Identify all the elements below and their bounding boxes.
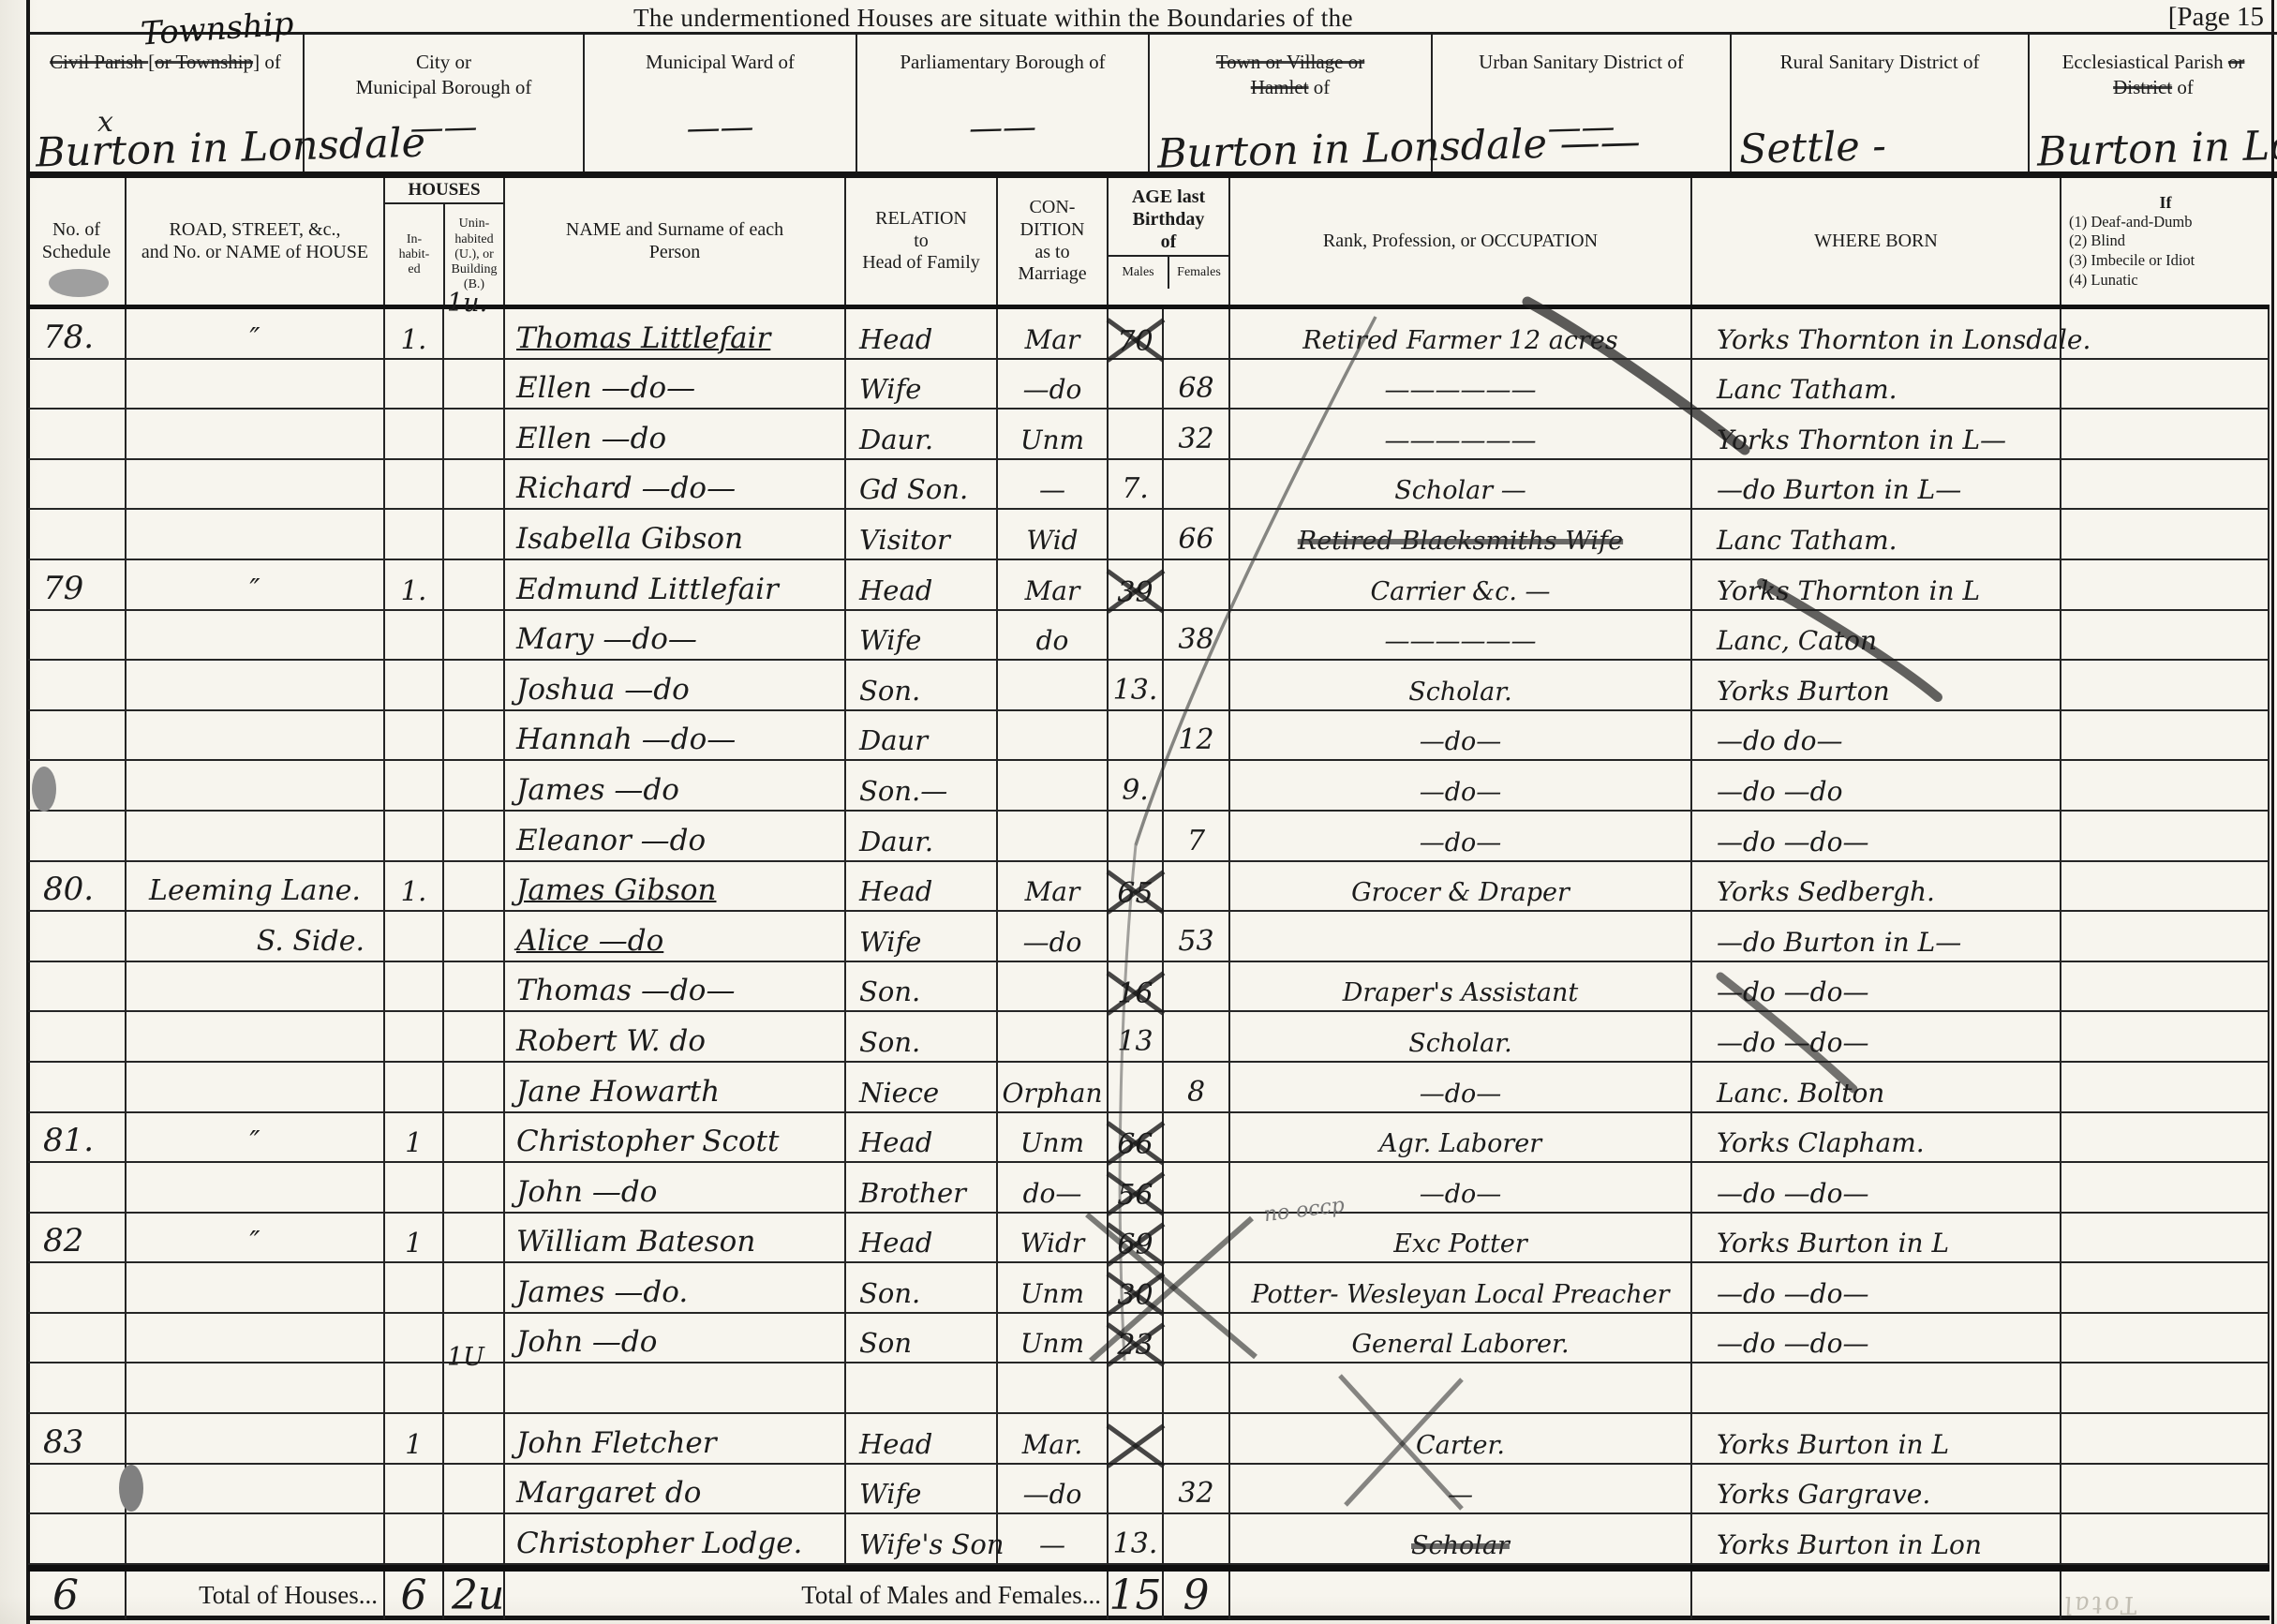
cell-road-text: ″ [249, 1128, 260, 1161]
cell-disabilities [2061, 1263, 2270, 1314]
cell-inhabited: 1. [385, 309, 444, 360]
header-age-label: AGE last Birthday of [1109, 178, 1228, 255]
totals-males-females-label: Total of Males and Females... [505, 1581, 1107, 1610]
cell-age-male: 13 [1109, 1012, 1164, 1063]
header-name: NAME and Surname of each Person [505, 178, 846, 305]
header-road-label: ROAD, STREET, &c., and No. or NAME of HO… [141, 219, 368, 263]
cell-age-female [1164, 1263, 1230, 1314]
cell-age-male-text: 70 [1117, 325, 1153, 363]
cell-schedule [28, 510, 126, 560]
cell-condition: Mar [998, 862, 1109, 913]
page-number: [Page 15 [2168, 2, 2264, 33]
cell-inhabited-text: 1 [405, 1229, 422, 1261]
cell-relation-text: Son. [859, 1029, 920, 1061]
cell-where-born: Lanc. Bolton [1692, 1063, 2061, 1113]
cell-uninhabited [444, 460, 505, 511]
strike-x-mark [1124, 1433, 1147, 1463]
cell-where-born: Yorks Burton [1692, 661, 2061, 711]
cell-relation-text: Son. [859, 1280, 920, 1312]
cell-uninhabited [444, 862, 505, 913]
district-label: Ecclesiastical Parish or District of [2030, 50, 2277, 101]
cell-name-text: Isabella Gibson [516, 525, 743, 559]
cell-schedule: 81. [28, 1113, 126, 1164]
cell-inhabited [385, 661, 444, 711]
cell-occupation: Carter. [1230, 1414, 1692, 1465]
cell-condition-text: Mar [1025, 879, 1080, 910]
cell-where-born-text: Yorks Thornton in L— [1717, 427, 2006, 458]
cell-relation-text: Daur. [859, 828, 933, 860]
cell-occupation-text: Scholar. [1408, 679, 1512, 709]
cell-uninhabited [444, 1263, 505, 1314]
cell-age-female-text: 53 [1178, 928, 1213, 961]
district-label: Civil Parish [or Township] of [28, 50, 303, 75]
cell-disabilities [2061, 560, 2270, 611]
cell-condition-text: Unm [1020, 1331, 1084, 1362]
cell-where-born-text: Lanc Tatham. [1717, 377, 1897, 408]
cell-relation-text: Wife [859, 1481, 921, 1512]
cell-schedule [28, 460, 126, 511]
cell-name: Joshua —do [505, 661, 846, 711]
cell-schedule [28, 962, 126, 1013]
cell-occupation-text: —do— [1420, 780, 1502, 810]
cell-name-text: James —do. [516, 1278, 688, 1312]
header-disabilities-title: If [2063, 193, 2268, 213]
cell-road [126, 1514, 385, 1565]
totals-inhabited-value: 6 [401, 1572, 427, 1619]
cell-road [126, 761, 385, 812]
cell-condition-text: do— [1023, 1181, 1082, 1212]
cell-road [126, 1163, 385, 1214]
cell-disabilities [2061, 1214, 2270, 1264]
totals-uninhabited-cell: 2u [444, 1572, 505, 1619]
cell-disabilities [2061, 812, 2270, 862]
cell-occupation-text: —————— [1385, 428, 1537, 458]
cell-relation: Son. [846, 661, 998, 711]
cell-disabilities [2061, 711, 2270, 762]
cell-condition: do [998, 611, 1109, 662]
cell-inhabited [385, 962, 444, 1013]
cell-relation: Son. [846, 1263, 998, 1314]
cell-name-text: James Gibson [516, 876, 716, 910]
cell-occupation: Grocer & Draper [1230, 862, 1692, 913]
cell-schedule [28, 1263, 126, 1314]
cell-inhabited: 1 [385, 1414, 444, 1465]
cell-schedule [28, 1363, 126, 1414]
cell-occupation: Scholar [1230, 1514, 1692, 1565]
cell-condition-text: Mar. [1022, 1432, 1083, 1463]
cell-where-born: —do —do— [1692, 1012, 2061, 1063]
right-border [2271, 0, 2274, 1624]
cell-condition: Orphan [998, 1063, 1109, 1113]
cell-road-text: ″ [249, 325, 260, 358]
cell-age-male [1109, 912, 1164, 962]
cell-condition [998, 962, 1109, 1013]
cell-age-female [1164, 1163, 1230, 1214]
cell-age-male-text: 16 [1117, 977, 1153, 1015]
cell-relation-text: Son. [859, 978, 920, 1010]
cell-uninhabited [444, 611, 505, 662]
cell-age-male [1109, 611, 1164, 662]
cell-occupation-text: —do— [1420, 1081, 1502, 1111]
cell-schedule-text: 79 [43, 573, 83, 609]
cell-uninhabited [444, 410, 505, 460]
cell-relation: Visitor [846, 510, 998, 560]
cell-condition: do— [998, 1163, 1109, 1214]
cell-condition: —do [998, 912, 1109, 962]
cell-name: William Bateson [505, 1214, 846, 1264]
cell-relation: Son.— [846, 761, 998, 812]
cell-schedule [28, 661, 126, 711]
cell-condition: —do [998, 1465, 1109, 1515]
cell-occupation: Draper's Assistant [1230, 962, 1692, 1013]
cell-where-born-text: —do do— [1717, 728, 1842, 759]
cell-road [126, 410, 385, 460]
cell-age-female [1164, 862, 1230, 913]
cell-name-text: John —do [516, 1178, 657, 1212]
cell-road [126, 962, 385, 1013]
cell-name: Margaret do [505, 1465, 846, 1515]
cell-where-born: Yorks Gargrave. [1692, 1465, 2061, 1515]
cell-condition [998, 812, 1109, 862]
cell-relation: Head [846, 560, 998, 611]
cell-occupation-text: Draper's Assistant [1343, 980, 1579, 1010]
cell-relation-text: Head [859, 878, 932, 910]
cell-condition-text: —do [1023, 930, 1082, 961]
cell-relation-text: Gd Son. [859, 476, 968, 508]
cell-occupation-text: Scholar — [1394, 478, 1525, 508]
cell-age-male-text: 13. [1113, 1530, 1158, 1563]
cell-age-male: 9. [1109, 761, 1164, 812]
cell-where-born [1692, 1363, 2061, 1414]
cell-inhabited [385, 611, 444, 662]
cell-condition: Unm [998, 410, 1109, 460]
header-males-label: Males [1109, 257, 1169, 289]
cell-road [126, 360, 385, 410]
district-band: TownshipCivil Parish [or Township] ofxBu… [28, 32, 2277, 178]
cell-where-born-text: Lanc Tatham. [1717, 528, 1897, 559]
cell-age-male: 30 [1109, 1263, 1164, 1314]
cell-age-male: 16 [1109, 962, 1164, 1013]
totals-uninhabited-value: 2u [444, 1572, 504, 1619]
cell-age-female [1164, 1363, 1230, 1414]
cell-age-female-text: 32 [1178, 1480, 1213, 1512]
cell-name-text: Mary —do— [516, 625, 697, 659]
cell-where-born-text: —do —do [1717, 779, 1842, 810]
cell-age-female [1164, 962, 1230, 1013]
header-condition: CON- DITION as to Marriage [998, 178, 1109, 305]
table-body: 78.″1.1u.Thomas LittlefairHeadMar70Retir… [28, 309, 2270, 1565]
cell-condition [998, 761, 1109, 812]
district-value: —— [585, 105, 856, 151]
cell-road: ″ [126, 560, 385, 611]
cell-name-text: John —do [516, 1328, 657, 1362]
cell-age-female-text: 66 [1178, 526, 1213, 559]
district-label: Municipal Ward of [585, 50, 856, 75]
cell-name: Edmund Littlefair [505, 560, 846, 611]
cell-inhabited [385, 410, 444, 460]
cell-schedule: 83 [28, 1414, 126, 1465]
cell-disabilities [2061, 1063, 2270, 1113]
cell-age-male-text: 39 [1117, 576, 1153, 614]
header-relation-label: RELATION to Head of Family [862, 208, 980, 275]
cell-condition: Mar. [998, 1414, 1109, 1465]
cell-age-male-text: 13 [1117, 1028, 1153, 1061]
cell-age-female: 38 [1164, 611, 1230, 662]
cell-uninhabited [444, 1063, 505, 1113]
cell-age-male: 56 [1109, 1163, 1164, 1214]
cell-age-male [1109, 410, 1164, 460]
cell-uninhabited [444, 1465, 505, 1515]
cell-schedule: 78. [28, 309, 126, 360]
cell-condition-text: Widr [1020, 1230, 1085, 1261]
district-field-4: Town or Village or Hamlet ofBurton in Lo… [1150, 35, 1433, 171]
cell-disabilities [2061, 661, 2270, 711]
cell-age-female-text: 68 [1178, 375, 1213, 408]
cell-occupation: Carrier &c. — [1230, 560, 1692, 611]
cell-where-born-text: —do Burton in L— [1717, 930, 1961, 961]
cell-occupation-text: —————— [1385, 629, 1537, 659]
cell-relation: Brother [846, 1163, 998, 1214]
totals-houses-label-cell: Total of Houses... [126, 1572, 385, 1619]
district-value: —— [857, 105, 1149, 151]
cell-occupation-text: Agr. Laborer [1379, 1131, 1541, 1161]
cell-disabilities [2061, 962, 2270, 1013]
cell-name-text: Ellen —do— [516, 374, 695, 408]
cell-uninhabited [444, 560, 505, 611]
cell-age-male: 23 [1109, 1314, 1164, 1364]
cell-disabilities [2061, 1414, 2270, 1465]
cell-age-female-text: 38 [1178, 626, 1213, 659]
district-field-6: Rural Sanitary District ofSettle - [1732, 35, 2030, 171]
district-label: Town or Village or Hamlet of [1150, 50, 1431, 101]
cell-where-born: —do —do— [1692, 962, 2061, 1013]
cell-road [126, 812, 385, 862]
cell-where-born: —do —do [1692, 761, 2061, 812]
cell-relation: Daur. [846, 410, 998, 460]
cell-occupation: —do— [1230, 761, 1692, 812]
cell-uninhabited: 1U [444, 1363, 505, 1414]
cell-where-born-text: —do Burton in L— [1717, 477, 1961, 508]
cell-where-born-text: Yorks Burton [1717, 678, 1890, 709]
cell-occupation: General Laborer. [1230, 1314, 1692, 1364]
cell-relation: Head [846, 309, 998, 360]
strike-x-mark: 30 [1117, 1280, 1153, 1312]
cell-schedule-text: 81. [43, 1125, 94, 1161]
cell-road [126, 1012, 385, 1063]
totals-houses-label: Total of Houses... [126, 1581, 383, 1610]
cell-road [126, 1414, 385, 1465]
cell-age-female [1164, 560, 1230, 611]
district-note-below: x [97, 106, 113, 139]
strike-x-mark: 16 [1117, 978, 1153, 1010]
cell-age-female [1164, 761, 1230, 812]
cell-where-born-text: —do —do— [1717, 829, 1868, 860]
cell-where-born: —do —do— [1692, 812, 2061, 862]
cell-disabilities [2061, 1113, 2270, 1164]
cell-condition-text: —do [1023, 1482, 1082, 1512]
cell-age-male [1109, 1465, 1164, 1515]
cell-inhabited [385, 812, 444, 862]
cell-inhabited [385, 1263, 444, 1314]
cell-name: James Gibson [505, 862, 846, 913]
cell-where-born-text: Yorks Clapham. [1717, 1130, 1925, 1161]
totals-schedule-cell: 6 [28, 1572, 126, 1619]
strike-x-mark: 66 [1117, 1129, 1153, 1161]
cell-road [126, 1465, 385, 1515]
cell-relation: Wife [846, 611, 998, 662]
cell-inhabited [385, 1163, 444, 1214]
district-field-7: Ecclesiastical Parish or District ofBurt… [2030, 35, 2277, 171]
cell-occupation: Scholar. [1230, 661, 1692, 711]
cell-uninhabited [444, 1514, 505, 1565]
cell-occupation-text: —————— [1385, 378, 1537, 408]
cell-disabilities [2061, 460, 2270, 511]
cell-relation: Wife [846, 360, 998, 410]
cell-condition-text: Unm [1020, 427, 1084, 458]
cell-name: Christopher Scott [505, 1113, 846, 1164]
cell-name-text: Alice —do [516, 927, 663, 961]
cell-road: Leeming Lane. [126, 862, 385, 913]
cell-disabilities [2061, 410, 2270, 460]
cell-name: Isabella Gibson [505, 510, 846, 560]
cell-inhabited: 1 [385, 1113, 444, 1164]
cell-name-text: Richard —do— [516, 474, 736, 508]
cell-age-male [1109, 1063, 1164, 1113]
cell-where-born: —do —do— [1692, 1314, 2061, 1364]
cell-uninhabited: 1u. [444, 309, 505, 360]
cell-age-male: 13. [1109, 1514, 1164, 1565]
cell-inhabited [385, 360, 444, 410]
cell-schedule: 82 [28, 1214, 126, 1264]
header-where-born: WHERE BORN [1692, 178, 2061, 305]
cell-where-born-text: Yorks Burton in L [1717, 1230, 1949, 1261]
cell-where-born: Yorks Burton in Lon [1692, 1514, 2061, 1565]
cell-name: John —do [505, 1314, 846, 1364]
cell-name: Thomas —do— [505, 962, 846, 1013]
cell-where-born-text: Yorks Sedbergh. [1717, 879, 1935, 910]
cell-where-born: Yorks Thornton in L [1692, 560, 2061, 611]
cell-where-born-text: Yorks Burton in L [1717, 1432, 1949, 1463]
cell-condition [998, 1363, 1109, 1414]
cell-road-text: Leeming Lane. [149, 877, 361, 910]
cell-occupation-text: Grocer & Draper [1351, 880, 1570, 910]
cell-occupation-text: Retired Farmer 12 acres [1302, 328, 1617, 358]
cell-occupation-text: Scholar [1411, 1533, 1510, 1563]
header-name-label: NAME and Surname of each Person [566, 219, 783, 263]
cell-relation: Daur [846, 711, 998, 762]
cell-occupation: —————— [1230, 410, 1692, 460]
cell-condition: — [998, 460, 1109, 511]
header-disabilities-items: (1) Deaf-and-Dumb (2) Blind (3) Imbecile… [2063, 213, 2195, 291]
strike-x-mark: 65 [1117, 878, 1153, 910]
cell-age-male: 69 [1109, 1214, 1164, 1264]
cell-age-female [1164, 661, 1230, 711]
cell-where-born: Lanc, Caton [1692, 611, 2061, 662]
cell-inhabited-text: 1. [401, 577, 427, 609]
cell-age-male: 13. [1109, 661, 1164, 711]
totals-inhabited-cell: 6 [385, 1572, 444, 1619]
header-houses-label: HOUSES [385, 178, 503, 204]
cell-age-male: 66 [1109, 1113, 1164, 1164]
cell-condition: — [998, 1514, 1109, 1565]
cell-inhabited [385, 460, 444, 511]
district-field-3: Parliamentary Borough of—— [857, 35, 1150, 171]
cell-age-male-text: 23 [1117, 1329, 1153, 1366]
cell-relation-text: Head [859, 1229, 932, 1261]
cell-where-born: —do Burton in L— [1692, 912, 2061, 962]
cell-name-text: Thomas —do— [516, 976, 735, 1010]
cell-relation-text: Head [859, 1431, 932, 1463]
cell-age-male [1109, 360, 1164, 410]
cell-age-male-text: 9. [1122, 777, 1149, 810]
cell-condition-text: Orphan [1002, 1080, 1102, 1111]
cell-condition-text: do [1036, 628, 1069, 659]
cell-name: John Fletcher [505, 1414, 846, 1465]
showthrough-text: Total [2060, 1590, 2138, 1618]
cell-inhabited [385, 510, 444, 560]
cell-condition-text: Unm [1020, 1281, 1084, 1312]
cell-age-female [1164, 309, 1230, 360]
cell-occupation-text: Potter- Wesleyan Local Preacher [1251, 1282, 1669, 1312]
district-label: Urban Sanitary District of [1433, 50, 1730, 75]
cell-uninhabited [444, 360, 505, 410]
cell-occupation-text: Carter. [1416, 1433, 1505, 1463]
totals-males-value: 15 [1109, 1572, 1162, 1619]
cell-occupation: Agr. Laborer [1230, 1113, 1692, 1164]
cell-condition-text: — [1039, 477, 1065, 508]
cell-road [126, 1314, 385, 1364]
cell-name: James —do [505, 761, 846, 812]
strike-x-mark: 23 [1117, 1330, 1153, 1362]
cell-name-text: John Fletcher [516, 1429, 717, 1463]
cell-schedule [28, 410, 126, 460]
cell-name: John —do [505, 1163, 846, 1214]
district-value: Settle - [1738, 123, 1886, 173]
cell-condition: Wid [998, 510, 1109, 560]
totals-females-cell: 9 [1164, 1572, 1230, 1619]
cell-where-born: —do —do— [1692, 1263, 2061, 1314]
cell-age-male [1109, 1414, 1164, 1465]
cell-relation-text: Wife [859, 929, 921, 961]
cell-where-born-text: —do —do— [1717, 1181, 1868, 1212]
cell-age-male [1109, 1363, 1164, 1414]
cell-name: Thomas Littlefair [505, 309, 846, 360]
cell-inhabited [385, 1012, 444, 1063]
cell-disabilities [2061, 360, 2270, 410]
table-header: No. of Schedule ROAD, STREET, &c., and N… [28, 178, 2270, 309]
totals-males-females-label-cell: Total of Males and Females... [505, 1572, 1109, 1619]
cell-relation-text: Daur [859, 727, 928, 759]
cell-inhabited [385, 711, 444, 762]
cell-occupation: —do— [1230, 711, 1692, 762]
cell-age-female [1164, 1012, 1230, 1063]
totals-schedule-value: 6 [28, 1572, 79, 1619]
cell-relation-text: Son.— [859, 778, 947, 810]
cell-name: Alice —do [505, 912, 846, 962]
cell-inhabited: 1 [385, 1214, 444, 1264]
cell-age-female-text: 32 [1178, 425, 1213, 458]
cell-age-female: 53 [1164, 912, 1230, 962]
header-disabilities: If (1) Deaf-and-Dumb (2) Blind (3) Imbec… [2061, 178, 2270, 305]
cell-relation-text: Son [859, 1330, 912, 1362]
cell-road: S. Side. [126, 912, 385, 962]
cell-age-male-text: 69 [1117, 1229, 1153, 1266]
header-schedule-label: No. of Schedule [42, 219, 111, 263]
cell-condition [998, 661, 1109, 711]
totals-males-cell: 15 [1109, 1572, 1164, 1619]
cell-road: ″ [126, 309, 385, 360]
cell-disabilities [2061, 611, 2270, 662]
